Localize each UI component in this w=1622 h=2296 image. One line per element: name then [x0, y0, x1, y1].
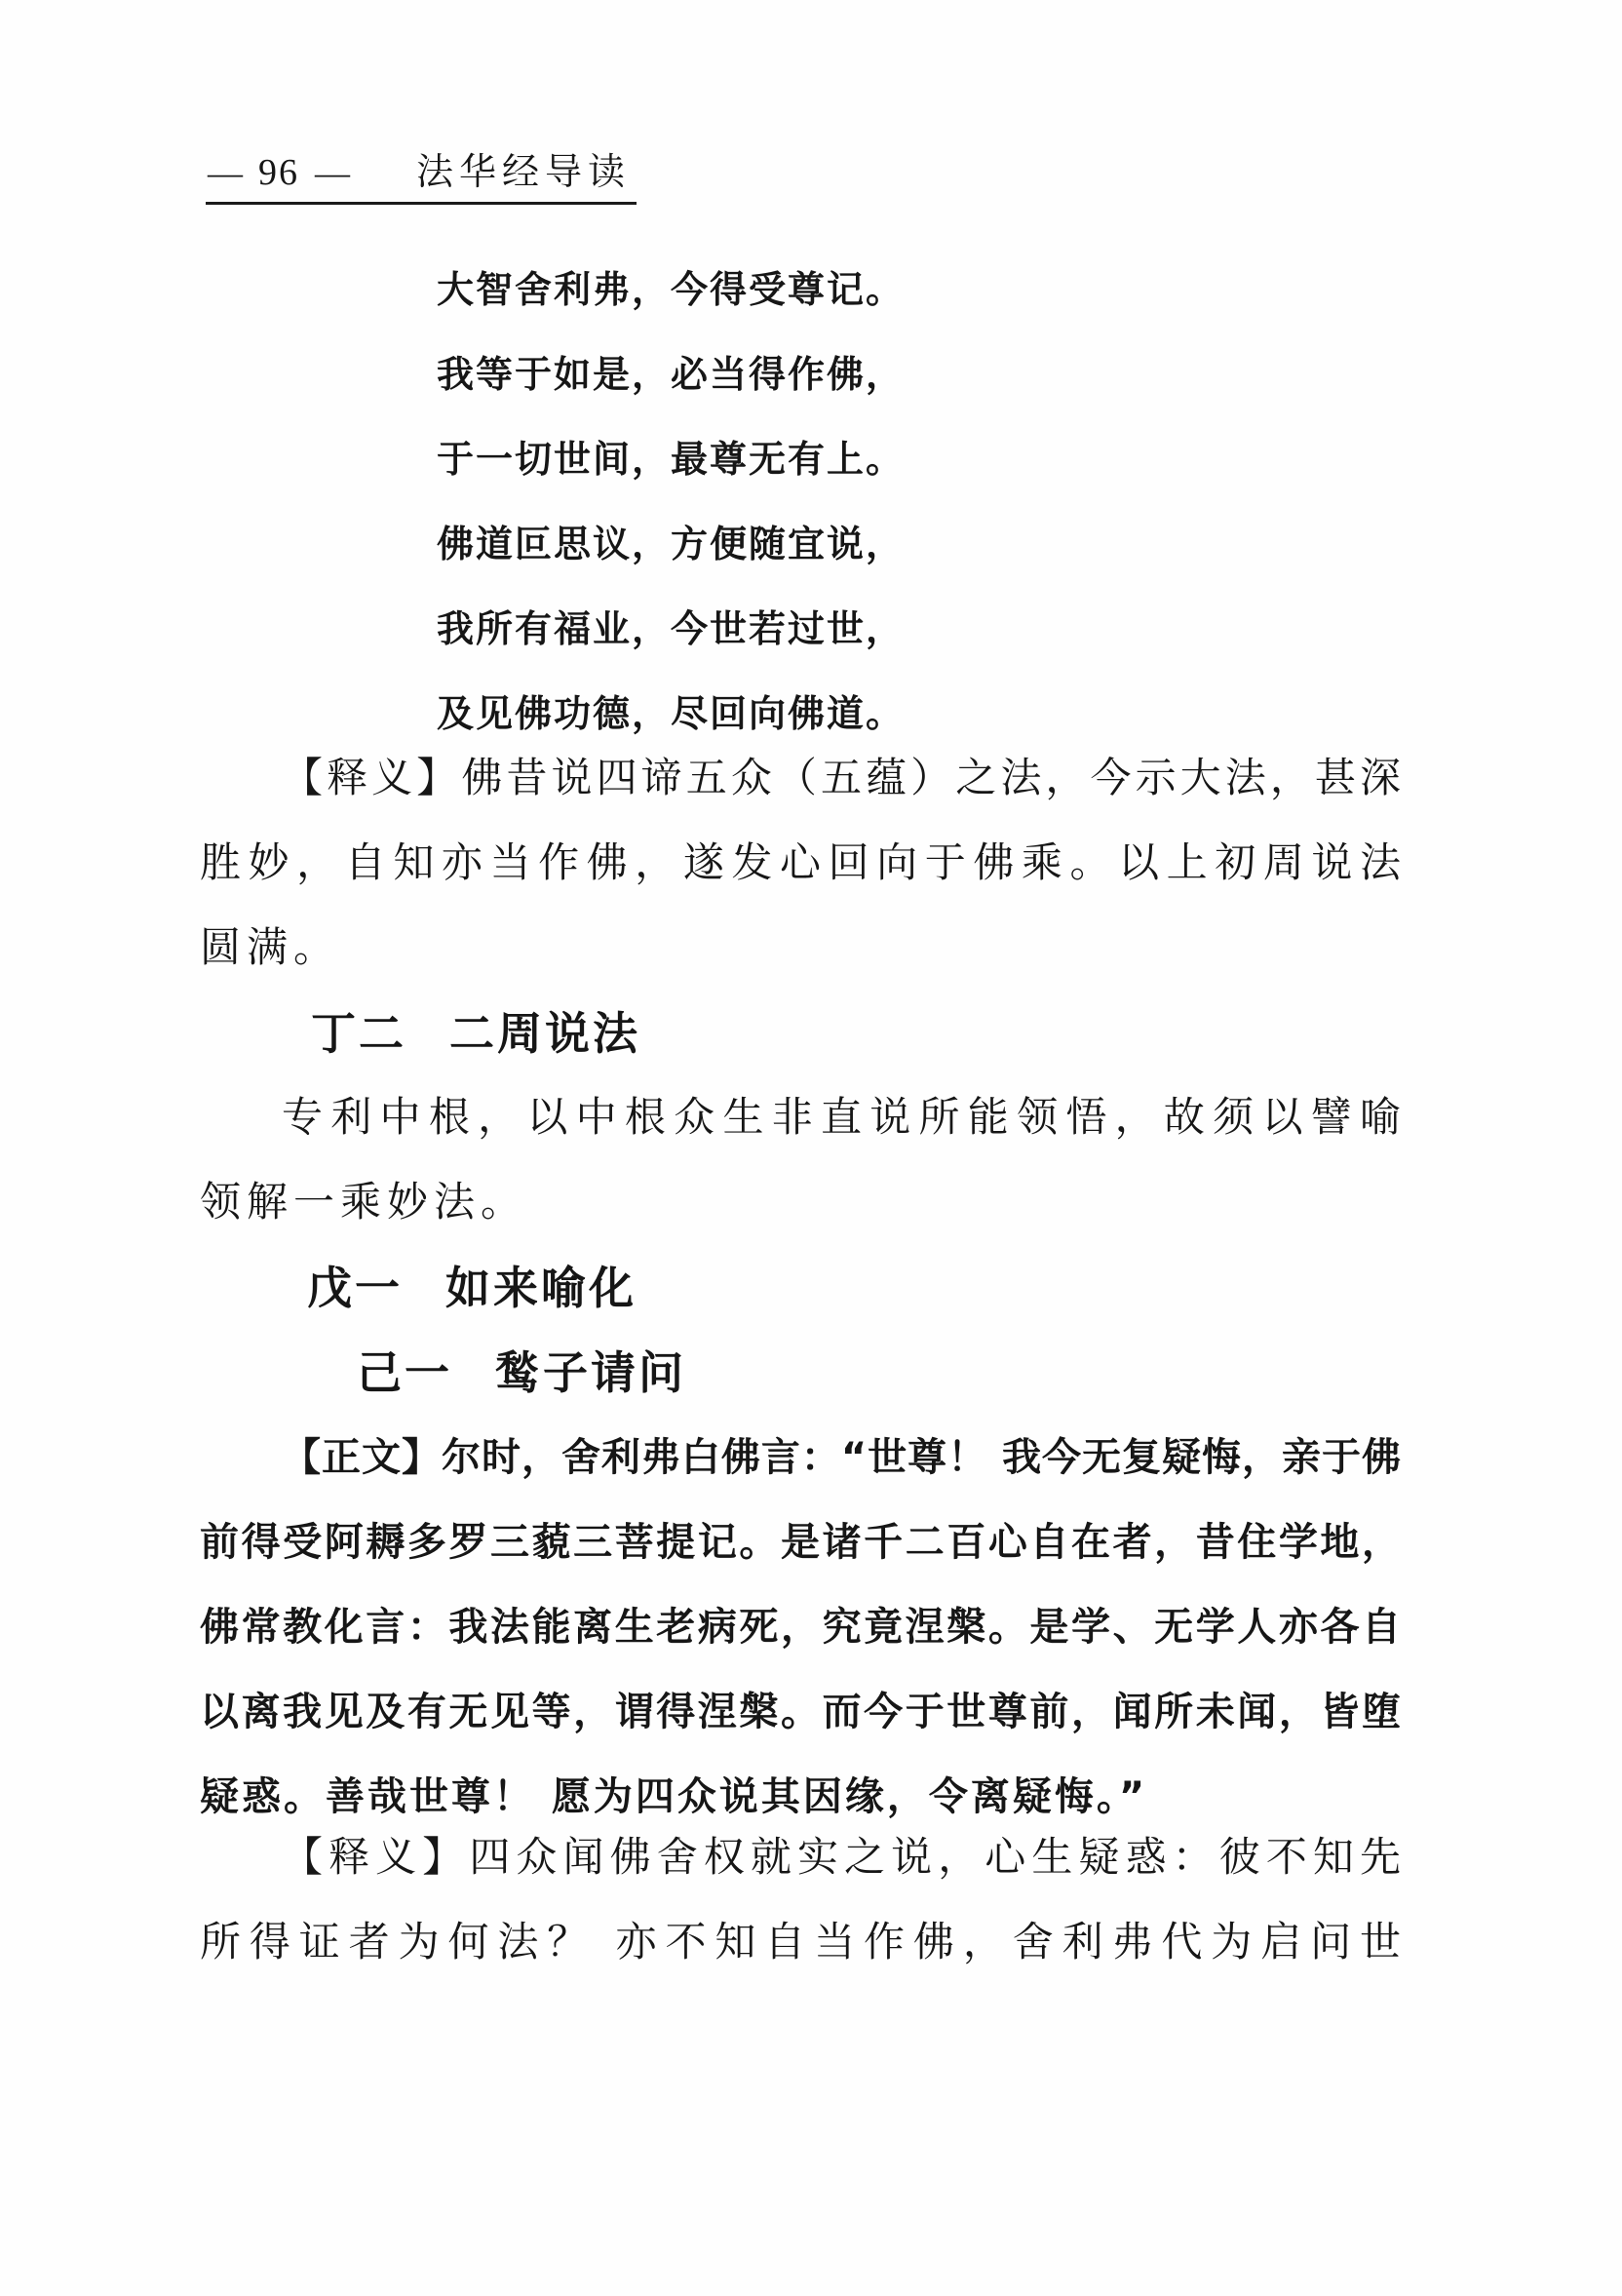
commentary-line: 【释义】四众闻佛舍权就实之说，心生疑惑：彼不知先 — [200, 1816, 1401, 1901]
verse-line: 我等于如是，必当得作佛， — [200, 332, 1401, 417]
commentary-line: 【释义】佛昔说四谛五众（五蕴）之法，今示大法，甚深 — [200, 737, 1401, 822]
sutra-line: 佛常教化言：我法能离生老病死，究竟涅槃。是学、无学人亦各自 — [200, 1585, 1401, 1670]
heading-label: 己一 — [357, 1346, 452, 1399]
commentary-line: 所得证者为何法？ 亦不知自当作佛，舍利弗代为启问世 — [200, 1901, 1401, 1986]
book-page: — 96 — 法华经导读 大智舍利弗，今得受尊记。 我等于如是，必当得作佛， 于… — [0, 0, 1622, 2296]
heading-title: 如来喻化 — [445, 1262, 637, 1314]
section-heading-wu-yi: 戊一如来喻化 — [200, 1246, 1401, 1331]
heading-label: 丁二 — [311, 1007, 406, 1060]
verse-line: 佛道叵思议，方便随宜说， — [200, 502, 1401, 587]
heading-label: 戊一 — [307, 1262, 403, 1314]
verse-line: 大智舍利弗，今得受尊记。 — [200, 248, 1401, 332]
body-line: 专利中根，以中根众生非直说所能领悟，故须以譬喻 — [200, 1076, 1401, 1161]
verse-line: 我所有福业，今世若过世， — [200, 587, 1401, 672]
commentary-line: 胜妙，自知亦当作佛，遂发心回向于佛乘。以上初周说法 — [200, 822, 1401, 907]
section-heading-ji-yi: 己一鹙子请问 — [200, 1331, 1401, 1416]
sutra-line: 【正文】尔时，舍利弗白佛言：“世尊！ 我今无复疑悔，亲于佛 — [200, 1416, 1401, 1500]
intro-paragraph: 专利中根，以中根众生非直说所能领悟，故须以譬喻 领解一乘妙法。 — [200, 1076, 1401, 1246]
sutra-text-paragraph: 【正文】尔时，舍利弗白佛言：“世尊！ 我今无复疑悔，亲于佛 前得受阿耨多罗三藐三… — [200, 1416, 1401, 1840]
verse-block: 大智舍利弗，今得受尊记。 我等于如是，必当得作佛， 于一切世间，最尊无有上。 佛… — [200, 248, 1401, 757]
section-heading-ding-er: 丁二二周说法 — [200, 992, 1401, 1076]
sutra-line: 前得受阿耨多罗三藐三菩提记。是诸千二百心自在者，昔住学地， — [200, 1500, 1401, 1585]
sutra-line: 以离我见及有无见等，谓得涅槃。而今于世尊前，闻所未闻，皆堕 — [200, 1670, 1401, 1755]
commentary-line: 圆满。 — [200, 907, 1401, 992]
page-content: 大智舍利弗，今得受尊记。 我等于如是，必当得作佛， 于一切世间，最尊无有上。 佛… — [200, 0, 1401, 1986]
body-line: 领解一乘妙法。 — [200, 1161, 1401, 1246]
commentary-paragraph-1: 【释义】佛昔说四谛五众（五蕴）之法，今示大法，甚深 胜妙，自知亦当作佛，遂发心回… — [200, 737, 1401, 992]
verse-line: 于一切世间，最尊无有上。 — [200, 417, 1401, 502]
commentary-paragraph-2: 【释义】四众闻佛舍权就实之说，心生疑惑：彼不知先 所得证者为何法？ 亦不知自当作… — [200, 1816, 1401, 1986]
heading-title: 二周说法 — [449, 1007, 640, 1060]
heading-title: 鹙子请问 — [495, 1346, 686, 1399]
